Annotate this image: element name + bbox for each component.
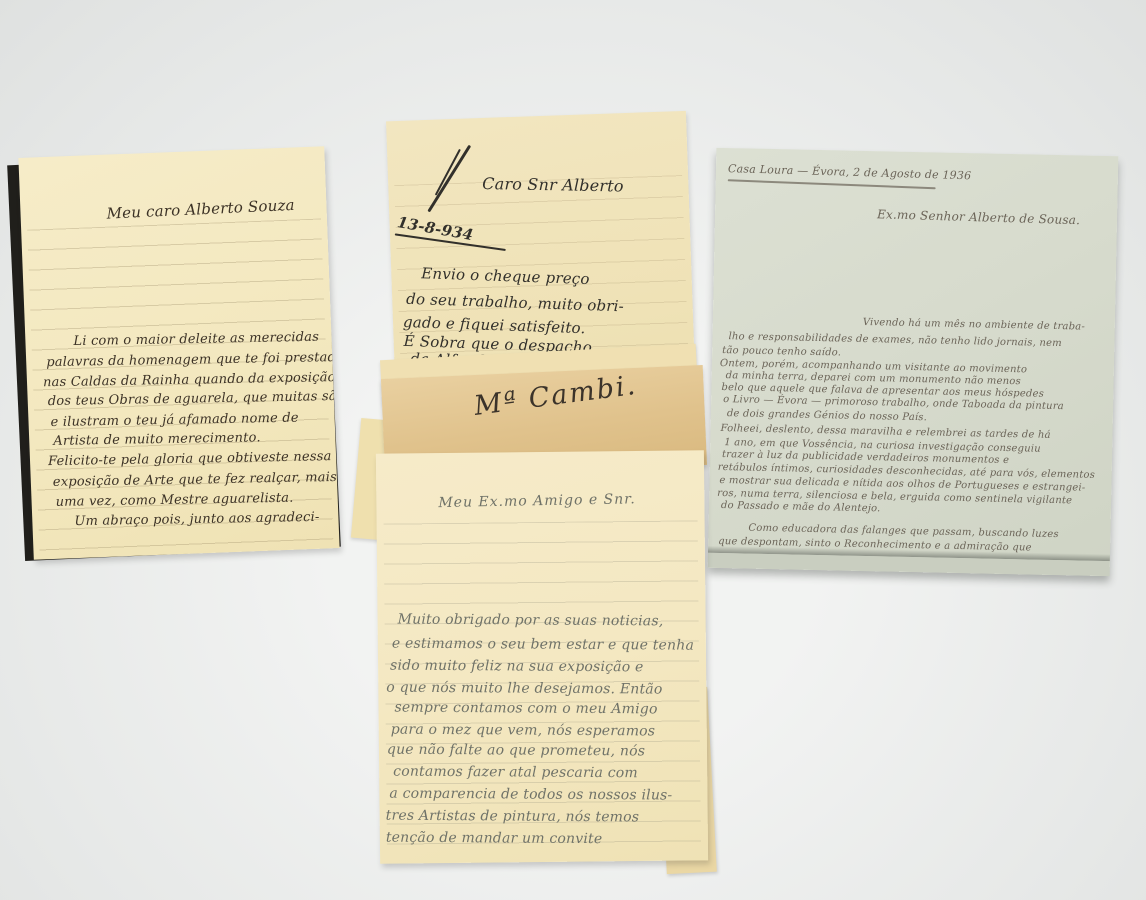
letter-left-line: dos teus Obras de aguarela, que muitas s… (48, 389, 340, 409)
letter-left-line: Felicito-te pela gloria que obtiveste ne… (48, 449, 332, 469)
letter-middle-bottom-line: para o mez que vem, nós esperamos (391, 722, 656, 740)
dateline-underline-flourish (728, 179, 936, 188)
letter-right-line: Vivendo há um mês no ambiente de traba- (863, 317, 1085, 333)
letter-middle-bottom-line: tenção de mandar um convite (386, 830, 603, 848)
letter-left-line: Artista de muito merecimento. (53, 430, 261, 449)
letter-right: Casa Loura — Évora, 2 de Agosto de 1936 … (708, 148, 1119, 576)
photo-of-letters: Meu caro Alberto Souza Li com o maior de… (0, 0, 1146, 900)
letter-middle-bottom-line: contamos fazer atal pescaria com (393, 764, 638, 782)
letter-left-line: Um abraço pois, junto aos agradeci- (74, 510, 319, 529)
letter-middle-top-line: Envio o cheque preço (421, 264, 590, 288)
letter-right-line: tão pouco tenho saído. (722, 345, 841, 358)
letter-left-line: nas Caldas da Rainha quando da exposição (43, 370, 336, 390)
letter-middle-top-line: do seu trabalho, muito obri- (406, 290, 624, 316)
letter-left-line: e ilustram o teu já afamado nome de (50, 411, 298, 430)
letter-middle-bottom-line: sido muito feliz na sua exposição e (390, 658, 644, 676)
letter-right-line: do Passado e mãe do Alentejo. (721, 500, 881, 514)
letter-middle-top-salutation: Caro Snr Alberto (482, 174, 624, 195)
letter-middle-bottom-line: tres Artistas de pintura, nós temos (386, 808, 640, 826)
letter-right-line: de dois grandes Génios do nosso País. (727, 408, 927, 423)
paraph-scribble-icon (435, 149, 461, 196)
letter-left-line: Li com o maior deleite as merecidas (73, 330, 319, 349)
letter-middle-bottom-line: sempre contamos com o meu Amigo (394, 700, 657, 718)
letter-right-salutation: Ex.mo Senhor Alberto de Sousa. (877, 207, 1080, 227)
letter-right-dateline: Casa Loura — Évora, 2 de Agosto de 1936 (728, 162, 972, 182)
letter-left-line: uma vez, como Mestre aguarelista. (56, 491, 294, 510)
letter-left-line: palavras da homenagem que te foi prestad… (46, 350, 339, 370)
letter-middle-bottom-line: a comparencia de todos os nossos ilus- (389, 786, 672, 804)
letter-left: Meu caro Alberto Souza Li com o maior de… (18, 146, 339, 559)
letter-middle-bottom-line: o que nós muito lhe desejamos. Então (386, 680, 662, 698)
letter-middle-bottom: Meu Ex.mo Amigo e Snr. Muito obrigado po… (376, 450, 708, 863)
letter-middle-bottom-line: Muito obrigado por as suas noticias, (398, 612, 664, 630)
letter-middle-bottom-salutation: Meu Ex.mo Amigo e Snr. (438, 491, 636, 511)
paraph-scribble-icon (427, 145, 470, 212)
letter-left-salutation: Meu caro Alberto Souza (106, 196, 295, 223)
signature-sheet-signature: Mª Cambi. (472, 370, 639, 422)
letter-left-line: exposição de Arte que te fez realçar, ma… (53, 470, 337, 490)
letter-middle-bottom-line: que não falte ao que prometeu, nós (387, 742, 645, 760)
letter-middle-bottom-line: e estimamos o seu bem estar e que tenha (392, 636, 694, 654)
